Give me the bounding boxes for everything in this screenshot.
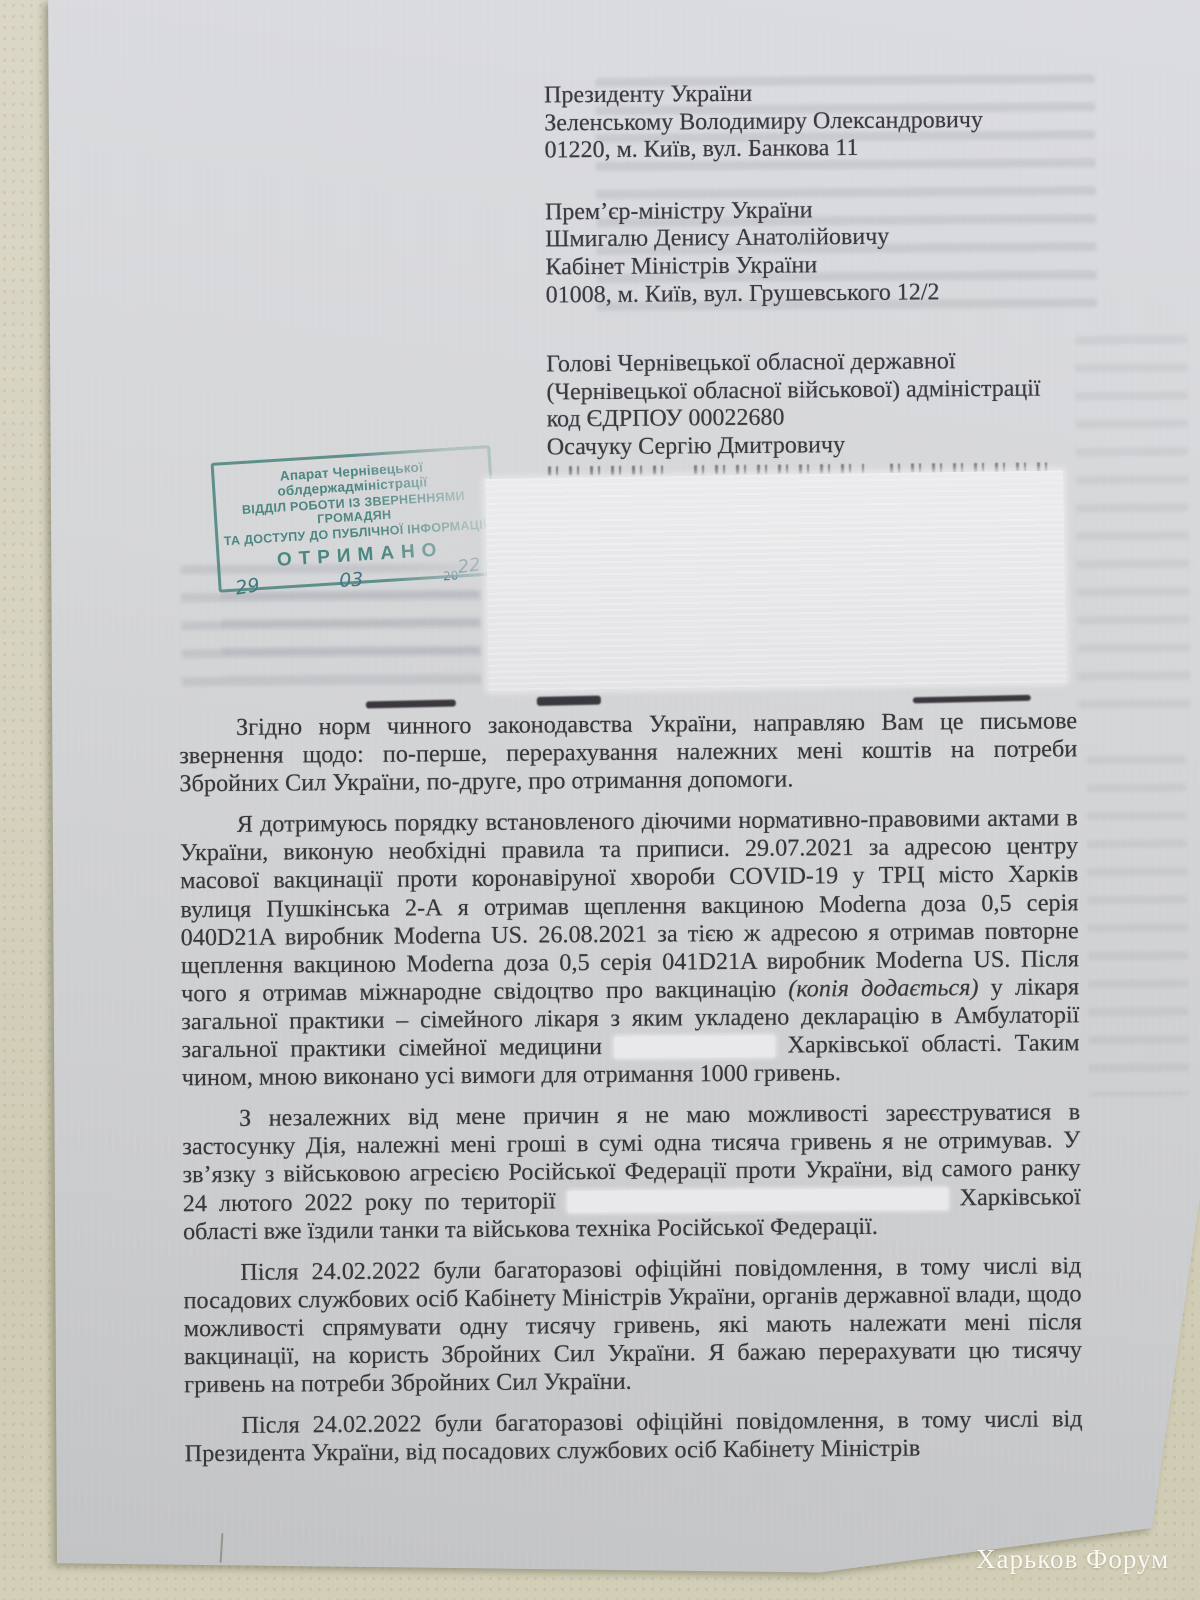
- received-stamp: Апарат Чернівецької облдержадміністрації…: [211, 445, 499, 593]
- address-line: Президенту України: [544, 78, 1084, 110]
- covered-heading-remnant: [537, 696, 601, 706]
- covered-heading-remnant: [913, 695, 1031, 704]
- inline-redaction: [615, 1036, 775, 1058]
- stamp-ink-fade: [211, 445, 499, 593]
- address-line: (Чернівецької обласної військової) адмін…: [546, 375, 1086, 407]
- redaction-box: [485, 470, 1066, 691]
- paragraph: Після 24.02.2022 були багаторазові офіці…: [183, 1252, 1082, 1400]
- italic-text: (копія додається): [788, 974, 978, 1002]
- recipient-block: Прем’єр-міністру УкраїниШмигалю Денису А…: [545, 195, 1086, 310]
- address-line: 01220, м. Київ, вул. Банкова 11: [544, 133, 1084, 165]
- text-segment: Після 24.02.2022 були багаторазові офіці…: [183, 1252, 1082, 1398]
- paragraph: Згідно норм чинного законодавства Україн…: [179, 707, 1078, 798]
- text-segment: Після 24.02.2022 були багаторазові офіці…: [185, 1405, 1083, 1467]
- address-line: Шмигалю Денису Анатолійовичу: [545, 223, 1085, 255]
- address-line: Зеленському Володимиру Олександровичу: [544, 106, 1084, 138]
- paragraph: Після 24.02.2022 були багаторазові офіці…: [184, 1405, 1082, 1468]
- forum-watermark: Харьков Форум: [976, 1544, 1169, 1575]
- letter-page: Президенту УкраїниЗеленському Володимиру…: [0, 0, 1200, 1600]
- body-paragraphs: Згідно норм чинного законодавства Україн…: [179, 707, 1083, 1481]
- address-line: код ЄДРПОУ 00022680: [547, 403, 1087, 435]
- paragraph: З незалежних від мене причин я не маю мо…: [182, 1098, 1081, 1246]
- ghost-text: [221, 589, 480, 677]
- text-segment: Згідно норм чинного законодавства Україн…: [179, 707, 1077, 797]
- ghost-text: [1075, 335, 1190, 716]
- paragraph: Я дотримуюсь порядку встановленого діючи…: [180, 805, 1080, 1093]
- address-line: Осачуку Сергію Дмитровичу: [547, 430, 1087, 462]
- scratch: [220, 1533, 224, 1563]
- address-line: Прем’єр-міністру України: [545, 195, 1085, 227]
- address-line: Голові Чернівецької обласної державної: [546, 347, 1086, 379]
- dust-speck: [637, 1591, 641, 1594]
- page-content: Президенту УкраїниЗеленському Володимиру…: [0, 0, 1200, 1600]
- inline-redaction: [568, 1188, 948, 1212]
- paper-shadow: Президенту УкраїниЗеленському Володимиру…: [0, 0, 1200, 1600]
- photo-background: Президенту УкраїниЗеленському Володимиру…: [0, 0, 1200, 1600]
- recipient-block: Президенту УкраїниЗеленському Володимиру…: [544, 78, 1085, 165]
- recipient-blocks: Президенту УкраїниЗеленському Володимиру…: [544, 78, 1087, 462]
- ghost-text: [1086, 755, 1189, 1096]
- recipient-block: Голові Чернівецької обласної державної(Ч…: [546, 347, 1087, 462]
- covered-heading-remnant: [366, 700, 456, 709]
- address-line: 01008, м. Київ, вул. Грушевського 12/2: [546, 278, 1086, 310]
- address-line: Кабінет Міністрів України: [545, 250, 1085, 282]
